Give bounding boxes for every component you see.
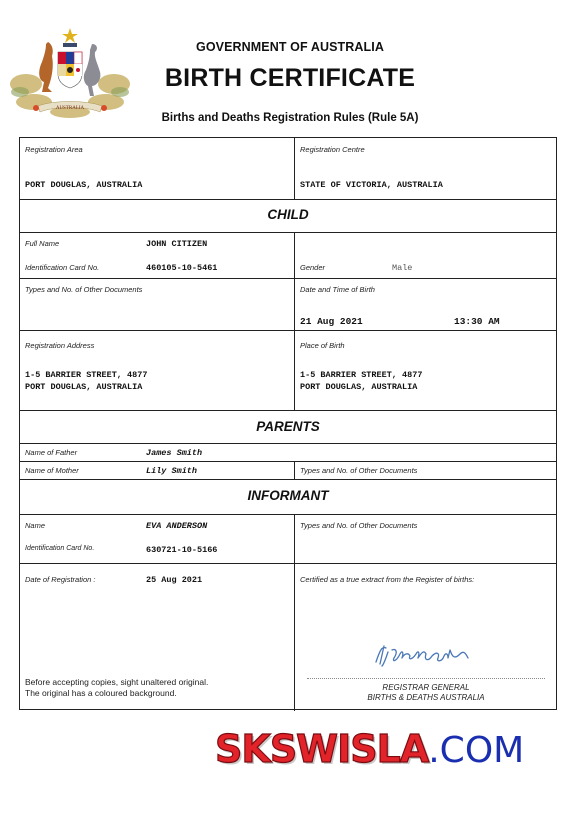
registration-centre-value: STATE OF VICTORIA, AUSTRALIA [300, 180, 443, 190]
divider [20, 278, 556, 279]
certified-text: Certified as a true extract from the Reg… [300, 575, 474, 584]
place-of-birth-line1: 1-5 BARRIER STREET, 4877 [300, 370, 422, 380]
dob-time: 13:30 AM [454, 316, 500, 327]
dob-date: 21 Aug 2021 [300, 316, 363, 327]
date-of-registration-value: 25 Aug 2021 [146, 575, 202, 585]
mother-value: Lily Smith [146, 466, 197, 476]
divider [20, 232, 556, 233]
child-id-label: Identification Card No. [25, 263, 99, 272]
page-title: BIRTH CERTIFICATE [140, 64, 440, 93]
place-of-birth-line2: PORT DOUGLAS, AUSTRALIA [300, 382, 417, 392]
mother-label: Name of Mother [25, 466, 79, 475]
section-informant-title: INFORMANT [20, 488, 556, 503]
registrar-signature [370, 642, 480, 668]
signature-line [307, 678, 545, 679]
divider [20, 461, 556, 462]
section-child-title: CHILD [20, 207, 556, 222]
svg-text:AUSTRALIA: AUSTRALIA [56, 106, 85, 111]
date-of-registration-label: Date of Registration : [25, 575, 95, 584]
note-line2: The original has a coloured background. [25, 688, 177, 699]
registrar-line2: BIRTHS & DEATHS AUSTRALIA [295, 693, 557, 704]
divider [20, 330, 556, 331]
note-line1: Before accepting copies, sight unaltered… [25, 677, 208, 688]
certificate-form: Registration Area PORT DOUGLAS, AUSTRALI… [19, 137, 557, 710]
place-of-birth-label: Place of Birth [300, 341, 345, 350]
full-name-label: Full Name [25, 239, 59, 248]
gender-label: Gender [300, 263, 325, 272]
watermark: SKSWISLA.COM [215, 727, 524, 777]
divider [294, 461, 295, 479]
full-name-value: JOHN CITIZEN [146, 239, 207, 249]
divider [294, 232, 295, 410]
section-parents-title: PARENTS [20, 419, 556, 434]
watermark-part2: .COM [428, 730, 524, 771]
coat-of-arms-icon: AUSTRALIA [8, 26, 132, 122]
divider [20, 563, 556, 564]
informant-other-docs-label: Types and No. of Other Documents [300, 521, 417, 530]
informant-id-value: 630721-10-5166 [146, 545, 217, 555]
page-subtitle: Births and Deaths Registration Rules (Ru… [140, 112, 440, 124]
reg-address-line2: PORT DOUGLAS, AUSTRALIA [25, 382, 142, 392]
registration-area-value: PORT DOUGLAS, AUSTRALIA [25, 180, 142, 190]
divider [20, 514, 556, 515]
divider [20, 479, 556, 480]
father-value: James Smith [146, 448, 202, 458]
informant-id-label: Identification Card No. [25, 545, 94, 552]
divider [294, 138, 295, 199]
divider [294, 514, 295, 711]
registration-centre-label: Registration Centre [300, 145, 365, 154]
divider [20, 199, 556, 200]
watermark-part1: SKSWISLA [215, 727, 428, 771]
child-other-docs-label: Types and No. of Other Documents [25, 285, 142, 294]
reg-address-line1: 1-5 BARRIER STREET, 4877 [25, 370, 147, 380]
gender-value: Male [392, 263, 412, 273]
divider [20, 443, 556, 444]
parents-other-docs-label: Types and No. of Other Documents [300, 466, 417, 475]
informant-name-value: EVA ANDERSON [146, 521, 207, 531]
registrar-line1: REGISTRAR GENERAL [295, 683, 557, 694]
registration-area-label: Registration Area [25, 145, 83, 154]
child-id-value: 460105-10-5461 [146, 263, 217, 273]
father-label: Name of Father [25, 448, 77, 457]
dob-label: Date and Time of Birth [300, 285, 375, 294]
divider [20, 410, 556, 411]
government-heading: GOVERNMENT OF AUSTRALIA [140, 40, 440, 54]
informant-name-label: Name [25, 521, 45, 530]
reg-address-label: Registration Address [25, 341, 94, 350]
